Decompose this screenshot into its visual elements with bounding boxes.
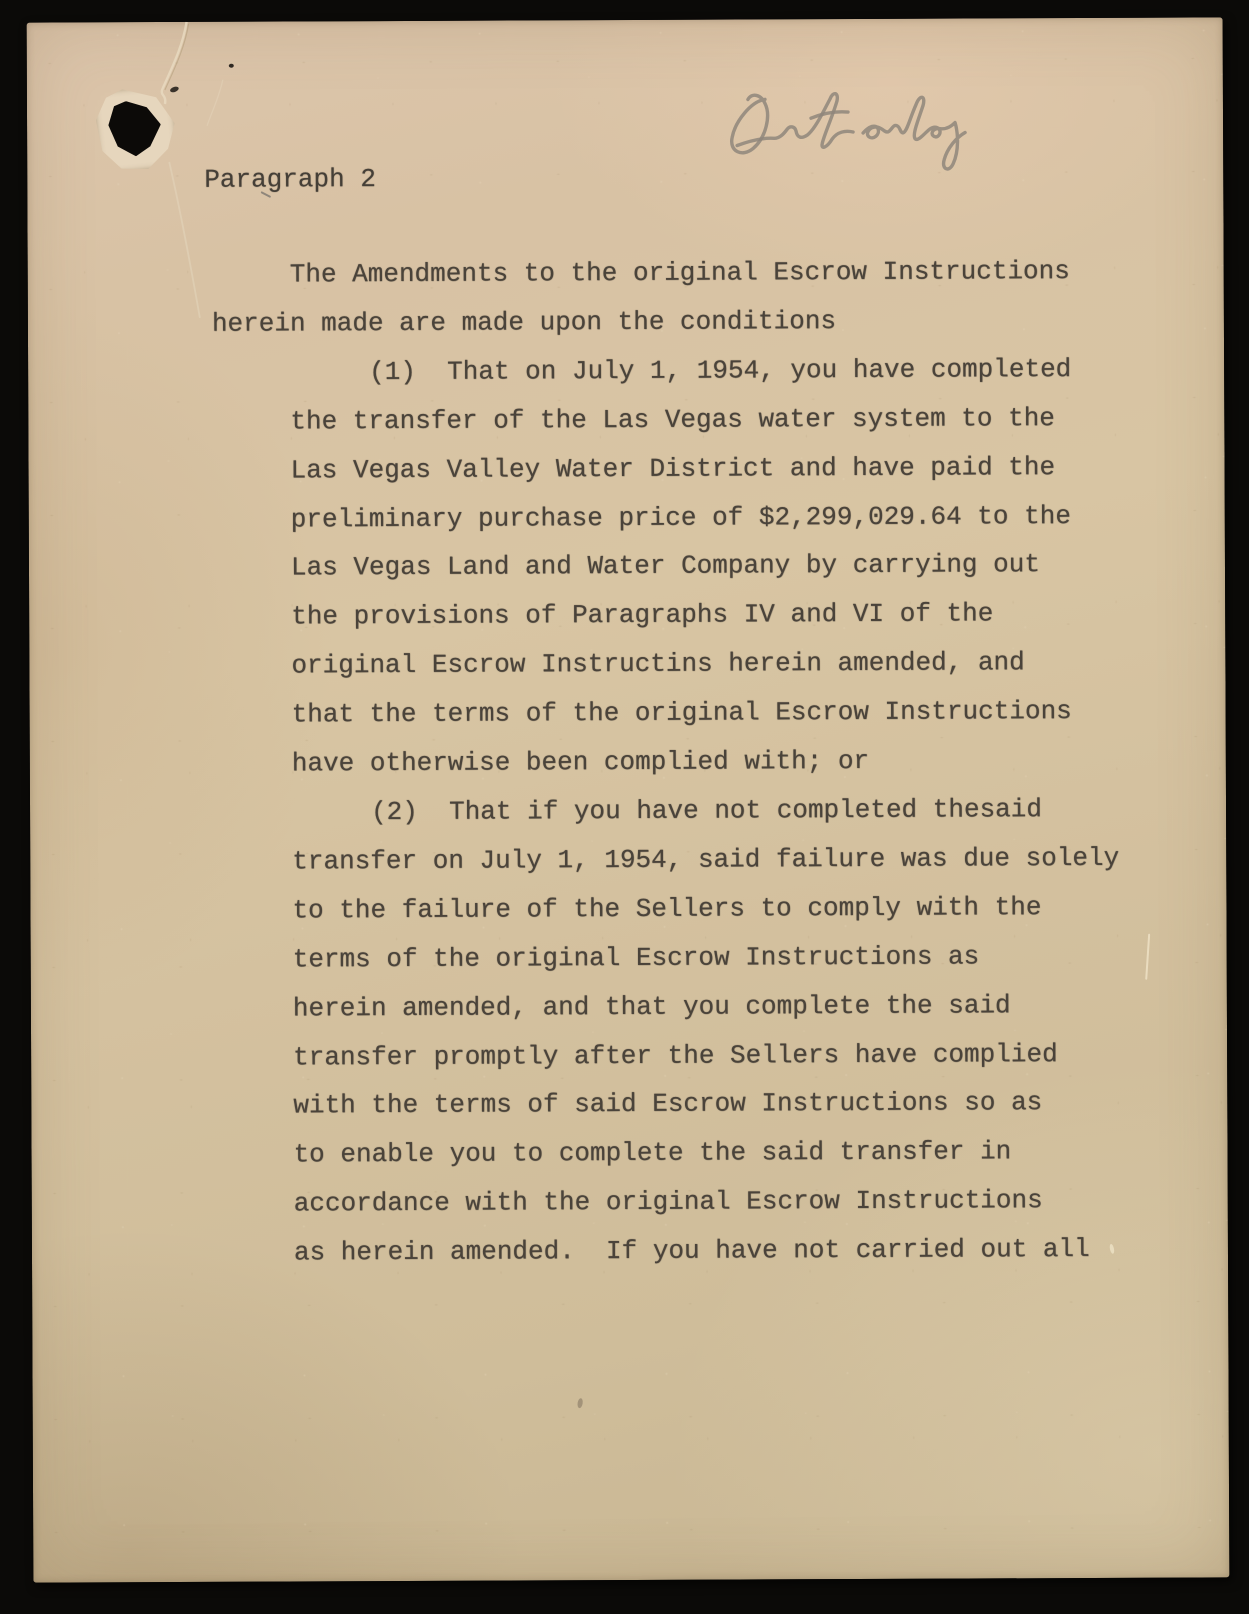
document-line: (1) That on July 1, 1954, you have compl… (28, 344, 1224, 398)
paragraph-heading: Paragraph 2 (204, 162, 376, 197)
document-line: herein amended, and that you complete th… (31, 980, 1227, 1034)
document-line: original Escrow Instructins herein amend… (29, 638, 1225, 692)
document-line: with the terms of said Escrow Instructio… (31, 1078, 1227, 1132)
document-line: accordance with the original Escrow Inst… (32, 1176, 1228, 1230)
document-line: Las Vegas Land and Water Company by carr… (29, 540, 1225, 594)
document-line: preliminary purchase price of $2,299,029… (29, 491, 1225, 545)
document-line: as herein amended. If you have not carri… (32, 1225, 1228, 1279)
document-line: to the failure of the Sellers to comply … (30, 882, 1226, 936)
handwritten-annotation (719, 76, 1029, 187)
document-line: the transfer of the Las Vegas water syst… (28, 393, 1224, 447)
document-body: The Amendments to the original Escrow In… (28, 246, 1228, 1278)
paper-speck (229, 64, 234, 68)
document-line: to enable you to complete the said trans… (31, 1127, 1227, 1181)
document-line: the provisions of Paragraphs IV and VI o… (29, 589, 1225, 643)
document-line: (2) That if you have not completed thesa… (30, 784, 1226, 838)
document-line: The Amendments to the original Escrow In… (28, 246, 1224, 300)
document-line: transfer on July 1, 1954, said failure w… (30, 833, 1226, 887)
document-line: that the terms of the original Escrow In… (30, 687, 1226, 741)
scan-background: Paragraph 2 The Amendments to the origin… (0, 0, 1249, 1614)
document-line: Las Vegas Valley Water District and have… (28, 442, 1224, 496)
document-line: herein made are made upon the conditions (28, 295, 1224, 349)
document-line: transfer promptly after the Sellers have… (31, 1029, 1227, 1083)
paper-speck (169, 86, 179, 94)
document-page: Paragraph 2 The Amendments to the origin… (27, 17, 1230, 1582)
pencil-tick (577, 1398, 584, 1409)
document-line: terms of the original Escrow Instruction… (31, 931, 1227, 985)
document-line: have otherwise been complied with; or (30, 735, 1226, 789)
